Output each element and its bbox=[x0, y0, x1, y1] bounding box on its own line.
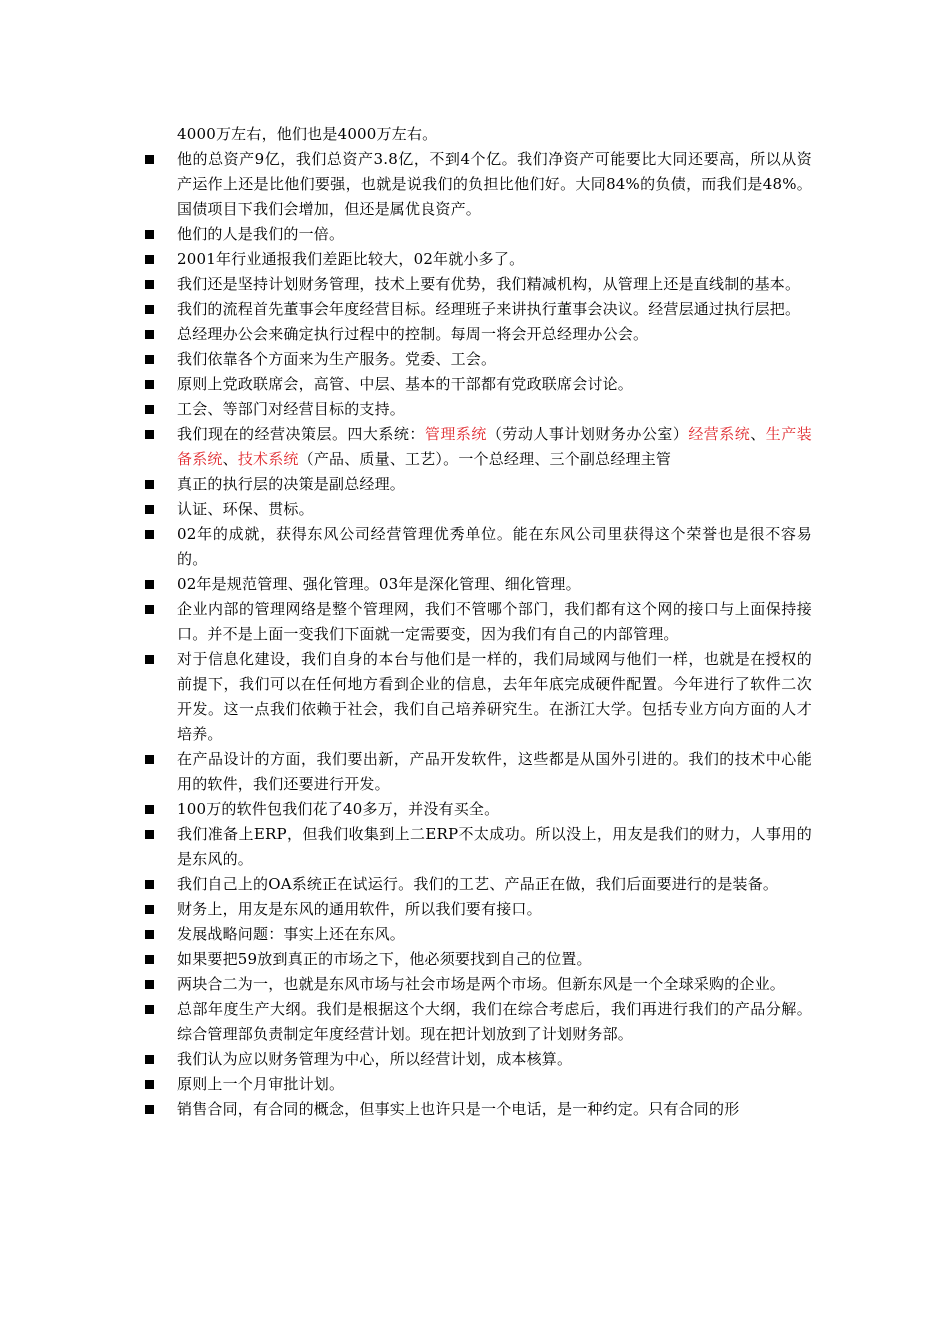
square-bullet-icon bbox=[145, 330, 154, 339]
square-bullet-icon bbox=[145, 955, 154, 964]
square-bullet-icon bbox=[145, 1080, 154, 1089]
list-item: 财务上，用友是东风的通用软件，所以我们要有接口。 bbox=[142, 897, 812, 922]
item-text: 在产品设计的方面，我们要出新，产品开发软件，这些都是从国外引进的。我们的技术中心… bbox=[177, 750, 812, 793]
square-bullet-icon bbox=[145, 230, 154, 239]
item-text: 原则上一个月审批计划。 bbox=[177, 1075, 344, 1093]
square-bullet-icon bbox=[145, 880, 154, 889]
item-text: （产品、质量、工艺）。一个总经理、三个副总经理主管 bbox=[299, 450, 672, 468]
item-text: 100万的软件包我们花了40多万，并没有买全。 bbox=[177, 800, 499, 818]
bullet-list: 他的总资产9亿，我们总资产3.8亿，不到4个亿。我们净资产可能要比大同还要高，所… bbox=[142, 147, 812, 1122]
document-body: 4000万左右，他们也是4000万左右。 他的总资产9亿，我们总资产3.8亿，不… bbox=[142, 122, 812, 1122]
item-text: 、 bbox=[750, 425, 766, 443]
list-item: 100万的软件包我们花了40多万，并没有买全。 bbox=[142, 797, 812, 822]
list-item: 我们依靠各个方面来为生产服务。党委、工会。 bbox=[142, 347, 812, 372]
item-text: 如果要把59放到真正的市场之下，他必须要找到自己的位置。 bbox=[177, 950, 592, 968]
list-item: 总经理办公会来确定执行过程中的控制。每周一将会开总经理办公会。 bbox=[142, 322, 812, 347]
item-text: 我们自己上的OA系统正在试运行。我们的工艺、产品正在做，我们后面要进行的是装备。 bbox=[177, 875, 778, 893]
square-bullet-icon bbox=[145, 1105, 154, 1114]
list-item: 原则上党政联席会，高管、中层、基本的干部都有党政联席会讨论。 bbox=[142, 372, 812, 397]
list-item: 两块合二为一，也就是东风市场与社会市场是两个市场。但新东风是一个全球采购的企业。 bbox=[142, 972, 812, 997]
list-item: 工会、等部门对经营目标的支持。 bbox=[142, 397, 812, 422]
item-text: （劳动人事计划财务办公室） bbox=[487, 425, 688, 443]
square-bullet-icon bbox=[145, 505, 154, 514]
square-bullet-icon bbox=[145, 605, 154, 614]
list-item: 我们认为应以财务管理为中心，所以经营计划，成本核算。 bbox=[142, 1047, 812, 1072]
list-item: 发展战略问题：事实上还在东风。 bbox=[142, 922, 812, 947]
square-bullet-icon bbox=[145, 480, 154, 489]
square-bullet-icon bbox=[145, 805, 154, 814]
square-bullet-icon bbox=[145, 530, 154, 539]
item-text: 我们认为应以财务管理为中心，所以经营计划，成本核算。 bbox=[177, 1050, 572, 1068]
list-item: 总部年度生产大纲。我们是根据这个大纲，我们在综合考虑后，我们再进行我们的产品分解… bbox=[142, 997, 812, 1047]
item-text: 两块合二为一，也就是东风市场与社会市场是两个市场。但新东风是一个全球采购的企业。 bbox=[177, 975, 785, 993]
list-item: 销售合同，有合同的概念，但事实上也许只是一个电话，是一种约定。只有合同的形 bbox=[142, 1097, 812, 1122]
item-text: 、 bbox=[223, 450, 238, 468]
item-text: 我们现在的经营决策层。四大系统： bbox=[177, 425, 425, 443]
list-item: 原则上一个月审批计划。 bbox=[142, 1072, 812, 1097]
item-text: 销售合同，有合同的概念，但事实上也许只是一个电话，是一种约定。只有合同的形 bbox=[177, 1100, 739, 1118]
list-item: 对于信息化建设，我们自身的本台与他们是一样的，我们局域网与他们一样，也就是在授权… bbox=[142, 647, 812, 747]
item-text: 我们准备上ERP，但我们收集到上二ERP不太成功。所以没上，用友是我们的财力，人… bbox=[177, 825, 812, 868]
item-text: 总部年度生产大纲。我们是根据这个大纲，我们在综合考虑后，我们再进行我们的产品分解… bbox=[177, 1000, 812, 1043]
square-bullet-icon bbox=[145, 830, 154, 839]
list-item: 企业内部的管理网络是整个管理网，我们不管哪个部门，我们都有这个网的接口与上面保持… bbox=[142, 597, 812, 647]
square-bullet-icon bbox=[145, 1055, 154, 1064]
item-text: 发展战略问题：事实上还在东风。 bbox=[177, 925, 405, 943]
list-item: 我们自己上的OA系统正在试运行。我们的工艺、产品正在做，我们后面要进行的是装备。 bbox=[142, 872, 812, 897]
item-text: 原则上党政联席会，高管、中层、基本的干部都有党政联席会讨论。 bbox=[177, 375, 633, 393]
item-text: 真正的执行层的决策是副总经理。 bbox=[177, 475, 405, 493]
continuation-text: 4000万左右，他们也是4000万左右。 bbox=[142, 122, 812, 147]
square-bullet-icon bbox=[145, 930, 154, 939]
list-item: 认证、环保、贯标。 bbox=[142, 497, 812, 522]
square-bullet-icon bbox=[145, 905, 154, 914]
square-bullet-icon bbox=[145, 355, 154, 364]
square-bullet-icon bbox=[145, 1005, 154, 1014]
square-bullet-icon bbox=[145, 430, 154, 439]
list-item: 2001年行业通报我们差距比较大，02年就小多了。 bbox=[142, 247, 812, 272]
item-text: 我们还是坚持计划财务管理，技术上要有优势，我们精减机构，从管理上还是直线制的基本… bbox=[177, 275, 800, 293]
list-item: 在产品设计的方面，我们要出新，产品开发软件，这些都是从国外引进的。我们的技术中心… bbox=[142, 747, 812, 797]
item-text: 认证、环保、贯标。 bbox=[177, 500, 314, 518]
item-text: 企业内部的管理网络是整个管理网，我们不管哪个部门，我们都有这个网的接口与上面保持… bbox=[177, 600, 812, 643]
item-text: 02年是规范管理、强化管理。03年是深化管理、细化管理。 bbox=[177, 575, 581, 593]
highlighted-term: 管理系统 bbox=[425, 425, 487, 443]
list-item: 我们还是坚持计划财务管理，技术上要有优势，我们精减机构，从管理上还是直线制的基本… bbox=[142, 272, 812, 297]
item-text: 02年的成就，获得东风公司经营管理优秀单位。能在东风公司里获得这个荣誉也是很不容… bbox=[177, 525, 812, 568]
list-item: 真正的执行层的决策是副总经理。 bbox=[142, 472, 812, 497]
item-text: 对于信息化建设，我们自身的本台与他们是一样的，我们局域网与他们一样，也就是在授权… bbox=[177, 650, 812, 743]
square-bullet-icon bbox=[145, 405, 154, 414]
list-item: 他们的人是我们的一倍。 bbox=[142, 222, 812, 247]
square-bullet-icon bbox=[145, 980, 154, 989]
list-item: 我们现在的经营决策层。四大系统：管理系统（劳动人事计划财务办公室）经营系统、生产… bbox=[142, 422, 812, 472]
highlighted-term: 技术系统 bbox=[238, 450, 299, 468]
item-text: 财务上，用友是东风的通用软件，所以我们要有接口。 bbox=[177, 900, 542, 918]
square-bullet-icon bbox=[145, 155, 154, 164]
highlighted-term: 经营系统 bbox=[688, 425, 750, 443]
item-text: 他的总资产9亿，我们总资产3.8亿，不到4个亿。我们净资产可能要比大同还要高，所… bbox=[177, 150, 812, 218]
square-bullet-icon bbox=[145, 655, 154, 664]
list-item: 如果要把59放到真正的市场之下，他必须要找到自己的位置。 bbox=[142, 947, 812, 972]
list-item: 我们准备上ERP，但我们收集到上二ERP不太成功。所以没上，用友是我们的财力，人… bbox=[142, 822, 812, 872]
square-bullet-icon bbox=[145, 380, 154, 389]
square-bullet-icon bbox=[145, 255, 154, 264]
document-page: 4000万左右，他们也是4000万左右。 他的总资产9亿，我们总资产3.8亿，不… bbox=[0, 0, 950, 1344]
item-text: 2001年行业通报我们差距比较大，02年就小多了。 bbox=[177, 250, 524, 268]
list-item: 他的总资产9亿，我们总资产3.8亿，不到4个亿。我们净资产可能要比大同还要高，所… bbox=[142, 147, 812, 222]
item-text: 我们的流程首先董事会年度经营目标。经理班子来讲执行董事会决议。经营层通过执行层把… bbox=[177, 300, 800, 318]
list-item: 我们的流程首先董事会年度经营目标。经理班子来讲执行董事会决议。经营层通过执行层把… bbox=[142, 297, 812, 322]
item-text: 我们依靠各个方面来为生产服务。党委、工会。 bbox=[177, 350, 496, 368]
item-text: 总经理办公会来确定执行过程中的控制。每周一将会开总经理办公会。 bbox=[177, 325, 648, 343]
square-bullet-icon bbox=[145, 305, 154, 314]
list-item: 02年是规范管理、强化管理。03年是深化管理、细化管理。 bbox=[142, 572, 812, 597]
square-bullet-icon bbox=[145, 280, 154, 289]
list-item: 02年的成就，获得东风公司经营管理优秀单位。能在东风公司里获得这个荣誉也是很不容… bbox=[142, 522, 812, 572]
square-bullet-icon bbox=[145, 755, 154, 764]
item-text: 他们的人是我们的一倍。 bbox=[177, 225, 344, 243]
square-bullet-icon bbox=[145, 580, 154, 589]
item-text: 工会、等部门对经营目标的支持。 bbox=[177, 400, 405, 418]
